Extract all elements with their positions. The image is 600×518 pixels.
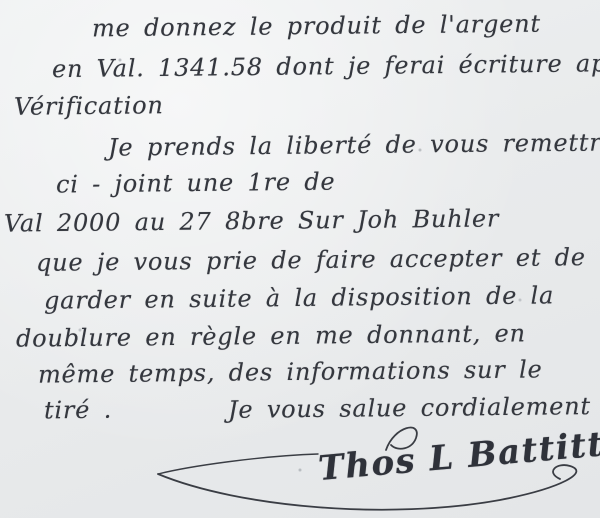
letter-line-9: doublure en règle en me donnant, en bbox=[16, 319, 526, 352]
letter-line-7: que je vous prie de faire accepter et de bbox=[36, 243, 586, 277]
closing-salutation: Je vous salue cordialement bbox=[228, 392, 591, 424]
letter-line-11: tiré . bbox=[44, 396, 112, 425]
letter-line-6: Val 2000 au 27 8bre Sur Joh Buhler bbox=[4, 204, 499, 237]
letter-line-8: garder en suite à la disposition de la bbox=[44, 281, 554, 314]
letter-line-2: en Val. 1341.58 dont je ferai écriture a… bbox=[52, 49, 600, 83]
letter-page: me donnez le produit de l'argent en Val.… bbox=[0, 0, 600, 518]
letter-line-4: Je prends la liberté de vous remettre bbox=[108, 128, 600, 161]
letter-line-3: Vérification bbox=[14, 91, 164, 121]
letter-line-10: même temps, des informations sur le bbox=[38, 355, 543, 388]
signature: Thos L Battitti bbox=[150, 422, 596, 516]
letter-line-5: ci - joint une 1re de bbox=[56, 168, 336, 199]
letter-line-1: me donnez le produit de l'argent bbox=[92, 10, 541, 43]
